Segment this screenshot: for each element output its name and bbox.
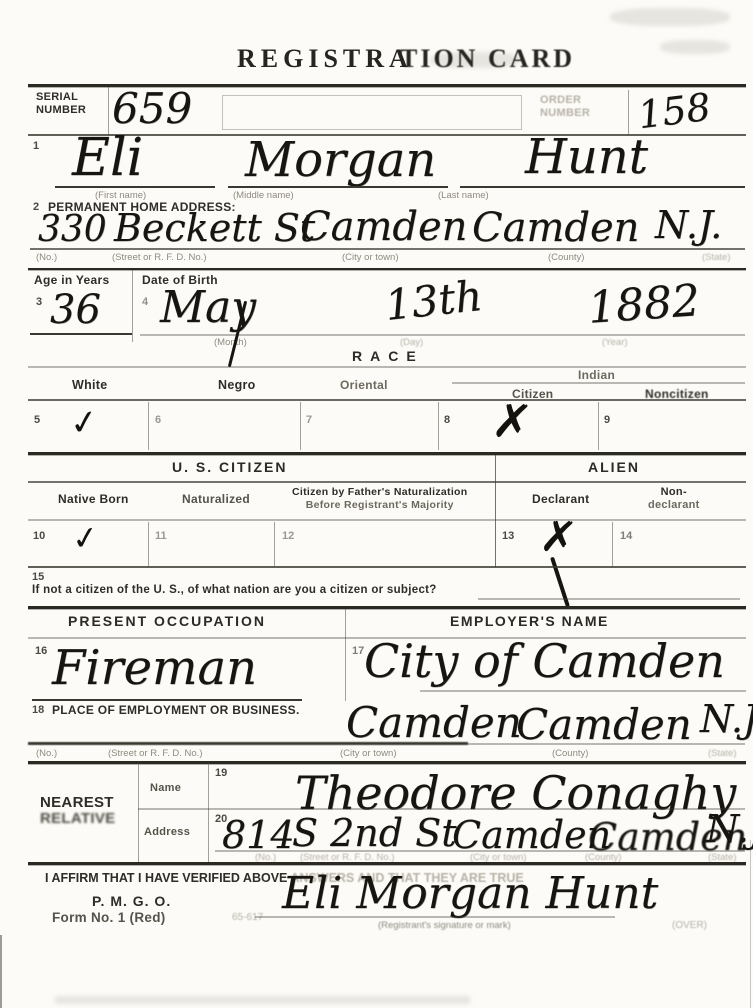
serial-number-label: SERIAL NUMBER (36, 91, 86, 116)
race-heading: RACE (352, 348, 424, 364)
pen-stroke (550, 557, 570, 608)
middle-name-value: Morgan (245, 136, 436, 184)
write-line (28, 742, 468, 745)
employment-city-caption: (City or town) (340, 748, 396, 759)
relative-address-label: Address (144, 826, 190, 838)
rule (28, 566, 746, 568)
middle-name-caption: (Middle name) (233, 190, 294, 201)
address-street-value: Beckett St (114, 209, 315, 247)
native-born-label: Native Born (58, 492, 129, 506)
signature-line (255, 916, 615, 918)
order-number-label: ORDER NUMBER (540, 94, 590, 119)
employment-county-caption: (County) (552, 748, 588, 759)
stamp-box (222, 95, 522, 130)
form-number-label: Form No. 1 (Red) (52, 910, 166, 925)
cell-divider (138, 763, 139, 862)
declarant-mark: ✗ (538, 514, 579, 562)
scan-edge (0, 935, 2, 1008)
employment-state-value: N.J (700, 700, 753, 738)
write-line (460, 186, 745, 188)
cell-divider (628, 90, 629, 134)
address-street-caption: (Street or R. F. D. No.) (112, 252, 207, 263)
dob-year-caption: (Year) (602, 337, 628, 348)
relative-address-state-value: N.J (706, 810, 753, 848)
cell-divider (132, 270, 133, 342)
write-line (55, 186, 215, 188)
last-name-caption: (Last name) (438, 190, 489, 201)
line-number: 15 (32, 571, 44, 583)
line-number: 19 (215, 767, 227, 779)
race-negro-label: Negro (218, 378, 256, 392)
cell-divider (138, 808, 745, 810)
address-no-caption: (No.) (36, 252, 57, 263)
write-line (140, 334, 745, 336)
line-number: 18 (32, 704, 44, 716)
race-white-mark: ✓ (68, 404, 101, 442)
serial-number-value: 659 (112, 88, 192, 130)
rule (28, 366, 746, 368)
last-name-value: Hunt (525, 133, 648, 181)
line-number: 1 (33, 140, 39, 152)
write-line (30, 248, 745, 250)
rule (28, 862, 746, 865)
line-number: 3 (36, 296, 42, 308)
cell-divider (612, 522, 613, 566)
relative-address-street-value: S 2nd St (292, 814, 456, 852)
address-city-caption: (City or town) (342, 252, 398, 263)
cell-divider (495, 455, 496, 567)
line-number: 4 (142, 296, 148, 308)
cell-number: 14 (620, 530, 632, 542)
cell-number: 7 (306, 414, 312, 426)
address-no-value: 330 (38, 212, 107, 248)
employment-place-label: PLACE OF EMPLOYMENT OR BUSINESS. (52, 703, 300, 717)
race-indian-citizen-mark: ✗ (490, 396, 535, 448)
race-white-label: White (72, 378, 108, 392)
rule (28, 481, 746, 483)
employment-state-caption: (State) (708, 748, 737, 759)
rule (28, 761, 746, 764)
dob-year-value: 1882 (587, 279, 702, 331)
line-number: 16 (35, 645, 47, 657)
write-line (420, 690, 746, 692)
us-citizen-heading: U. S. CITIZEN (172, 459, 287, 475)
cell-number: 10 (33, 530, 45, 542)
cell-divider (148, 402, 149, 450)
rule (28, 519, 746, 521)
dob-day-caption: (Day) (400, 337, 423, 348)
cell-divider (598, 402, 599, 450)
cell-divider (274, 522, 275, 566)
write-line (468, 743, 745, 745)
first-name-value: Eli (72, 132, 143, 184)
race-indian-label: Indian (578, 368, 615, 382)
address-state-caption: (State) (702, 252, 731, 263)
native-born-mark: ✓ (70, 520, 101, 555)
answer-line (478, 598, 740, 600)
relative-name-label: Name (150, 782, 181, 794)
naturalized-label: Naturalized (182, 492, 250, 506)
employer-value: City of Camden (364, 638, 725, 684)
nondeclarant-label: Non- declarant (648, 486, 700, 512)
order-number-value: 158 (636, 88, 713, 135)
address-city-value: Camden (300, 207, 467, 247)
occupation-heading: PRESENT OCCUPATION (68, 613, 266, 629)
dob-month-caption: (Month) (214, 337, 247, 348)
declarant-label: Declarant (532, 492, 589, 506)
cell-number: 9 (604, 414, 610, 426)
relative-address-no-value: 814 (222, 816, 295, 854)
father-naturalization-label: Citizen by Father's Naturalization Befor… (292, 486, 467, 511)
employment-city-value: Camden (346, 702, 522, 744)
pmgo-label: P. M. G. O. (92, 893, 171, 909)
draft-registration-card: REGISTRA TION CARD SERIAL NUMBER 659 ORD… (0, 0, 753, 1008)
cell-number: 11 (155, 530, 167, 542)
card-title: REGISTRA (237, 44, 413, 74)
scan-smudge (660, 40, 730, 54)
over-caption: (OVER) (672, 920, 707, 931)
age-value: 36 (50, 290, 101, 330)
dob-day-value: 13th (383, 275, 484, 327)
cell-number: 6 (155, 414, 161, 426)
cell-number: 13 (502, 530, 514, 542)
address-county-value: Camden (472, 208, 639, 248)
alien-heading: ALIEN (588, 459, 640, 475)
scan-smudge (610, 8, 730, 26)
scan-edge (750, 840, 751, 1008)
cell-divider (148, 522, 149, 566)
nation-question: If not a citizen of the U. S., of what n… (32, 584, 437, 596)
nearest-relative-label-1: NEAREST (40, 794, 114, 811)
employment-county-value: Camden (516, 704, 692, 746)
employment-no-caption: (No.) (36, 748, 57, 759)
rule (28, 606, 746, 609)
rule (28, 452, 746, 455)
cell-number: 8 (444, 414, 450, 426)
cell-number: 12 (282, 530, 294, 542)
cell-number: 5 (34, 414, 40, 426)
address-state-value: N.J. (655, 206, 722, 244)
signature-caption: (Registrant's signature or mark) (378, 920, 511, 931)
line-number: 17 (352, 645, 364, 657)
rule (28, 399, 746, 401)
nearest-relative-label-2: RELATIVE (40, 810, 115, 827)
rule (28, 268, 746, 270)
write-line (32, 699, 302, 701)
employer-heading: EMPLOYER'S NAME (450, 613, 609, 629)
rule (452, 382, 745, 384)
form-code: 65-617 (232, 912, 263, 923)
race-oriental-label: Oriental (340, 378, 388, 392)
occupation-value: Fireman (52, 644, 257, 692)
cell-divider (345, 609, 346, 701)
registrant-signature: Eli Morgan Hunt (282, 872, 658, 916)
address-county-caption: (County) (548, 252, 584, 263)
write-line (228, 186, 448, 188)
cell-divider (438, 402, 439, 450)
cell-divider (300, 402, 301, 450)
write-line (30, 333, 132, 335)
employment-street-caption: (Street or R. F. D. No.) (108, 748, 203, 759)
cell-divider (208, 763, 209, 862)
scan-smudge (55, 996, 470, 1004)
age-header: Age in Years (34, 273, 109, 287)
card-title-faded: TION CARD (400, 44, 575, 74)
